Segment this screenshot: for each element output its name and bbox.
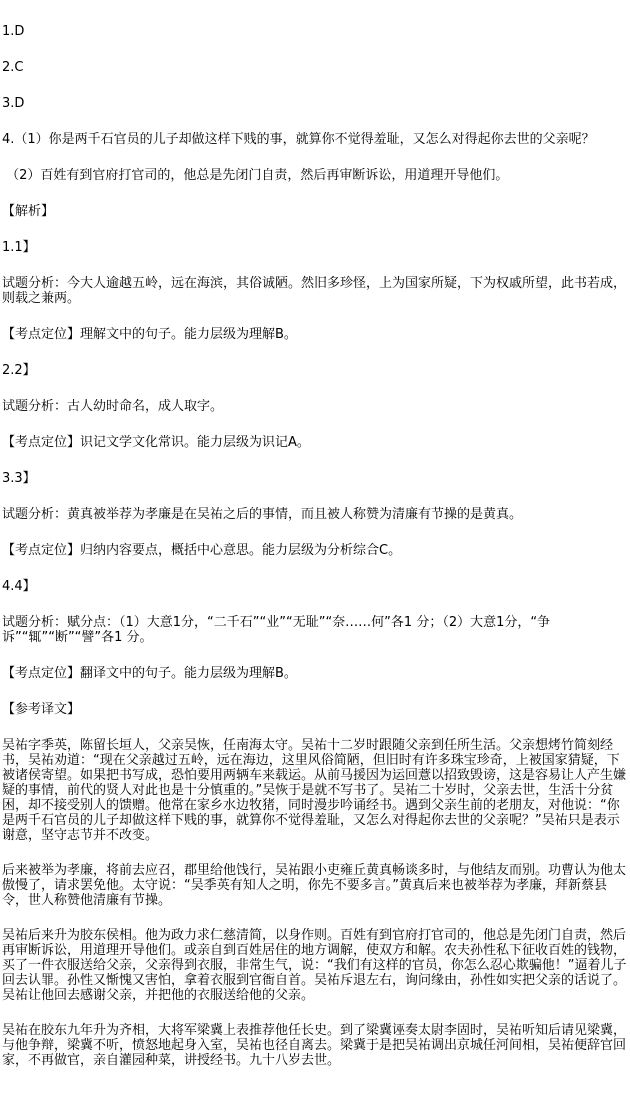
section-4-keypoint: 【考点定位】翻译文中的句子。能力层级为理解B。 bbox=[2, 666, 628, 681]
section-2-analysis: 试题分析：古人幼时命名，成人取字。 bbox=[2, 399, 628, 414]
section-3-number: 3.3】 bbox=[2, 471, 628, 486]
reference-translation-header: 【参考译文】 bbox=[2, 702, 628, 717]
choice-answer-1: 1.D bbox=[2, 24, 628, 39]
section-4-analysis: 试题分析：赋分点：（1）大意1分，“二千石”“业”“无耻”“奈……何”各1 分；… bbox=[2, 615, 628, 645]
translation-paragraph-3: 吴祐后来升为胶东侯相。他为政力求仁慈清简，以身作则。百姓有到官府打官司的，他总是… bbox=[2, 928, 628, 1003]
section-2-number: 2.2】 bbox=[2, 363, 628, 378]
section-1-keypoint: 【考点定位】理解文中的句子。能力层级为理解B。 bbox=[2, 327, 628, 342]
translation-paragraph-4: 吴祐在胶东九年升为齐相，大将军梁冀上表推荐他任长史。到了梁冀诬奏太尉李固时，吴祐… bbox=[2, 1023, 628, 1068]
analysis-header: 【解析】 bbox=[2, 204, 628, 219]
section-4-number: 4.4】 bbox=[2, 579, 628, 594]
choice-answer-2: 2.C bbox=[2, 60, 628, 75]
answer-sheet: 1.D 2.C 3.D 4.（1）你是两千石官员的儿子却做这样下贱的事，就算你不… bbox=[0, 0, 630, 1084]
section-3-analysis: 试题分析：黄真被举荐为孝廉是在吴祐之后的事情，而且被人称赞为清廉有节操的是黄真。 bbox=[2, 507, 628, 522]
q4-translation-part1: 4.（1）你是两千石官员的儿子却做这样下贱的事，就算你不觉得羞耻，又怎么对得起你… bbox=[2, 132, 628, 147]
section-3-keypoint: 【考点定位】归纳内容要点，概括中心意思。能力层级为分析综合C。 bbox=[2, 543, 628, 558]
section-1-analysis: 试题分析：今大人逾越五岭，远在海滨，其俗诚陋。然旧多珍怪，上为国家所疑，下为权戚… bbox=[2, 276, 628, 306]
section-2-keypoint: 【考点定位】识记文学文化常识。能力层级为识记A。 bbox=[2, 435, 628, 450]
choice-answer-3: 3.D bbox=[2, 96, 628, 111]
translation-paragraph-1: 吴祐字季英，陈留长垣人，父亲吴恢，任南海太守。吴祐十二岁时跟随父亲到任所生活。父… bbox=[2, 738, 628, 843]
section-1-number: 1.1】 bbox=[2, 240, 628, 255]
q4-translation-part2: （2）百姓有到官府打官司的，他总是先闭门自责，然后再审断诉讼，用道理开导他们。 bbox=[2, 168, 628, 183]
translation-paragraph-2: 后来被举为孝廉，将前去应召，郡里给他饯行，吴祐跟小吏雍丘黄真畅谈多时，与他结友而… bbox=[2, 863, 628, 908]
